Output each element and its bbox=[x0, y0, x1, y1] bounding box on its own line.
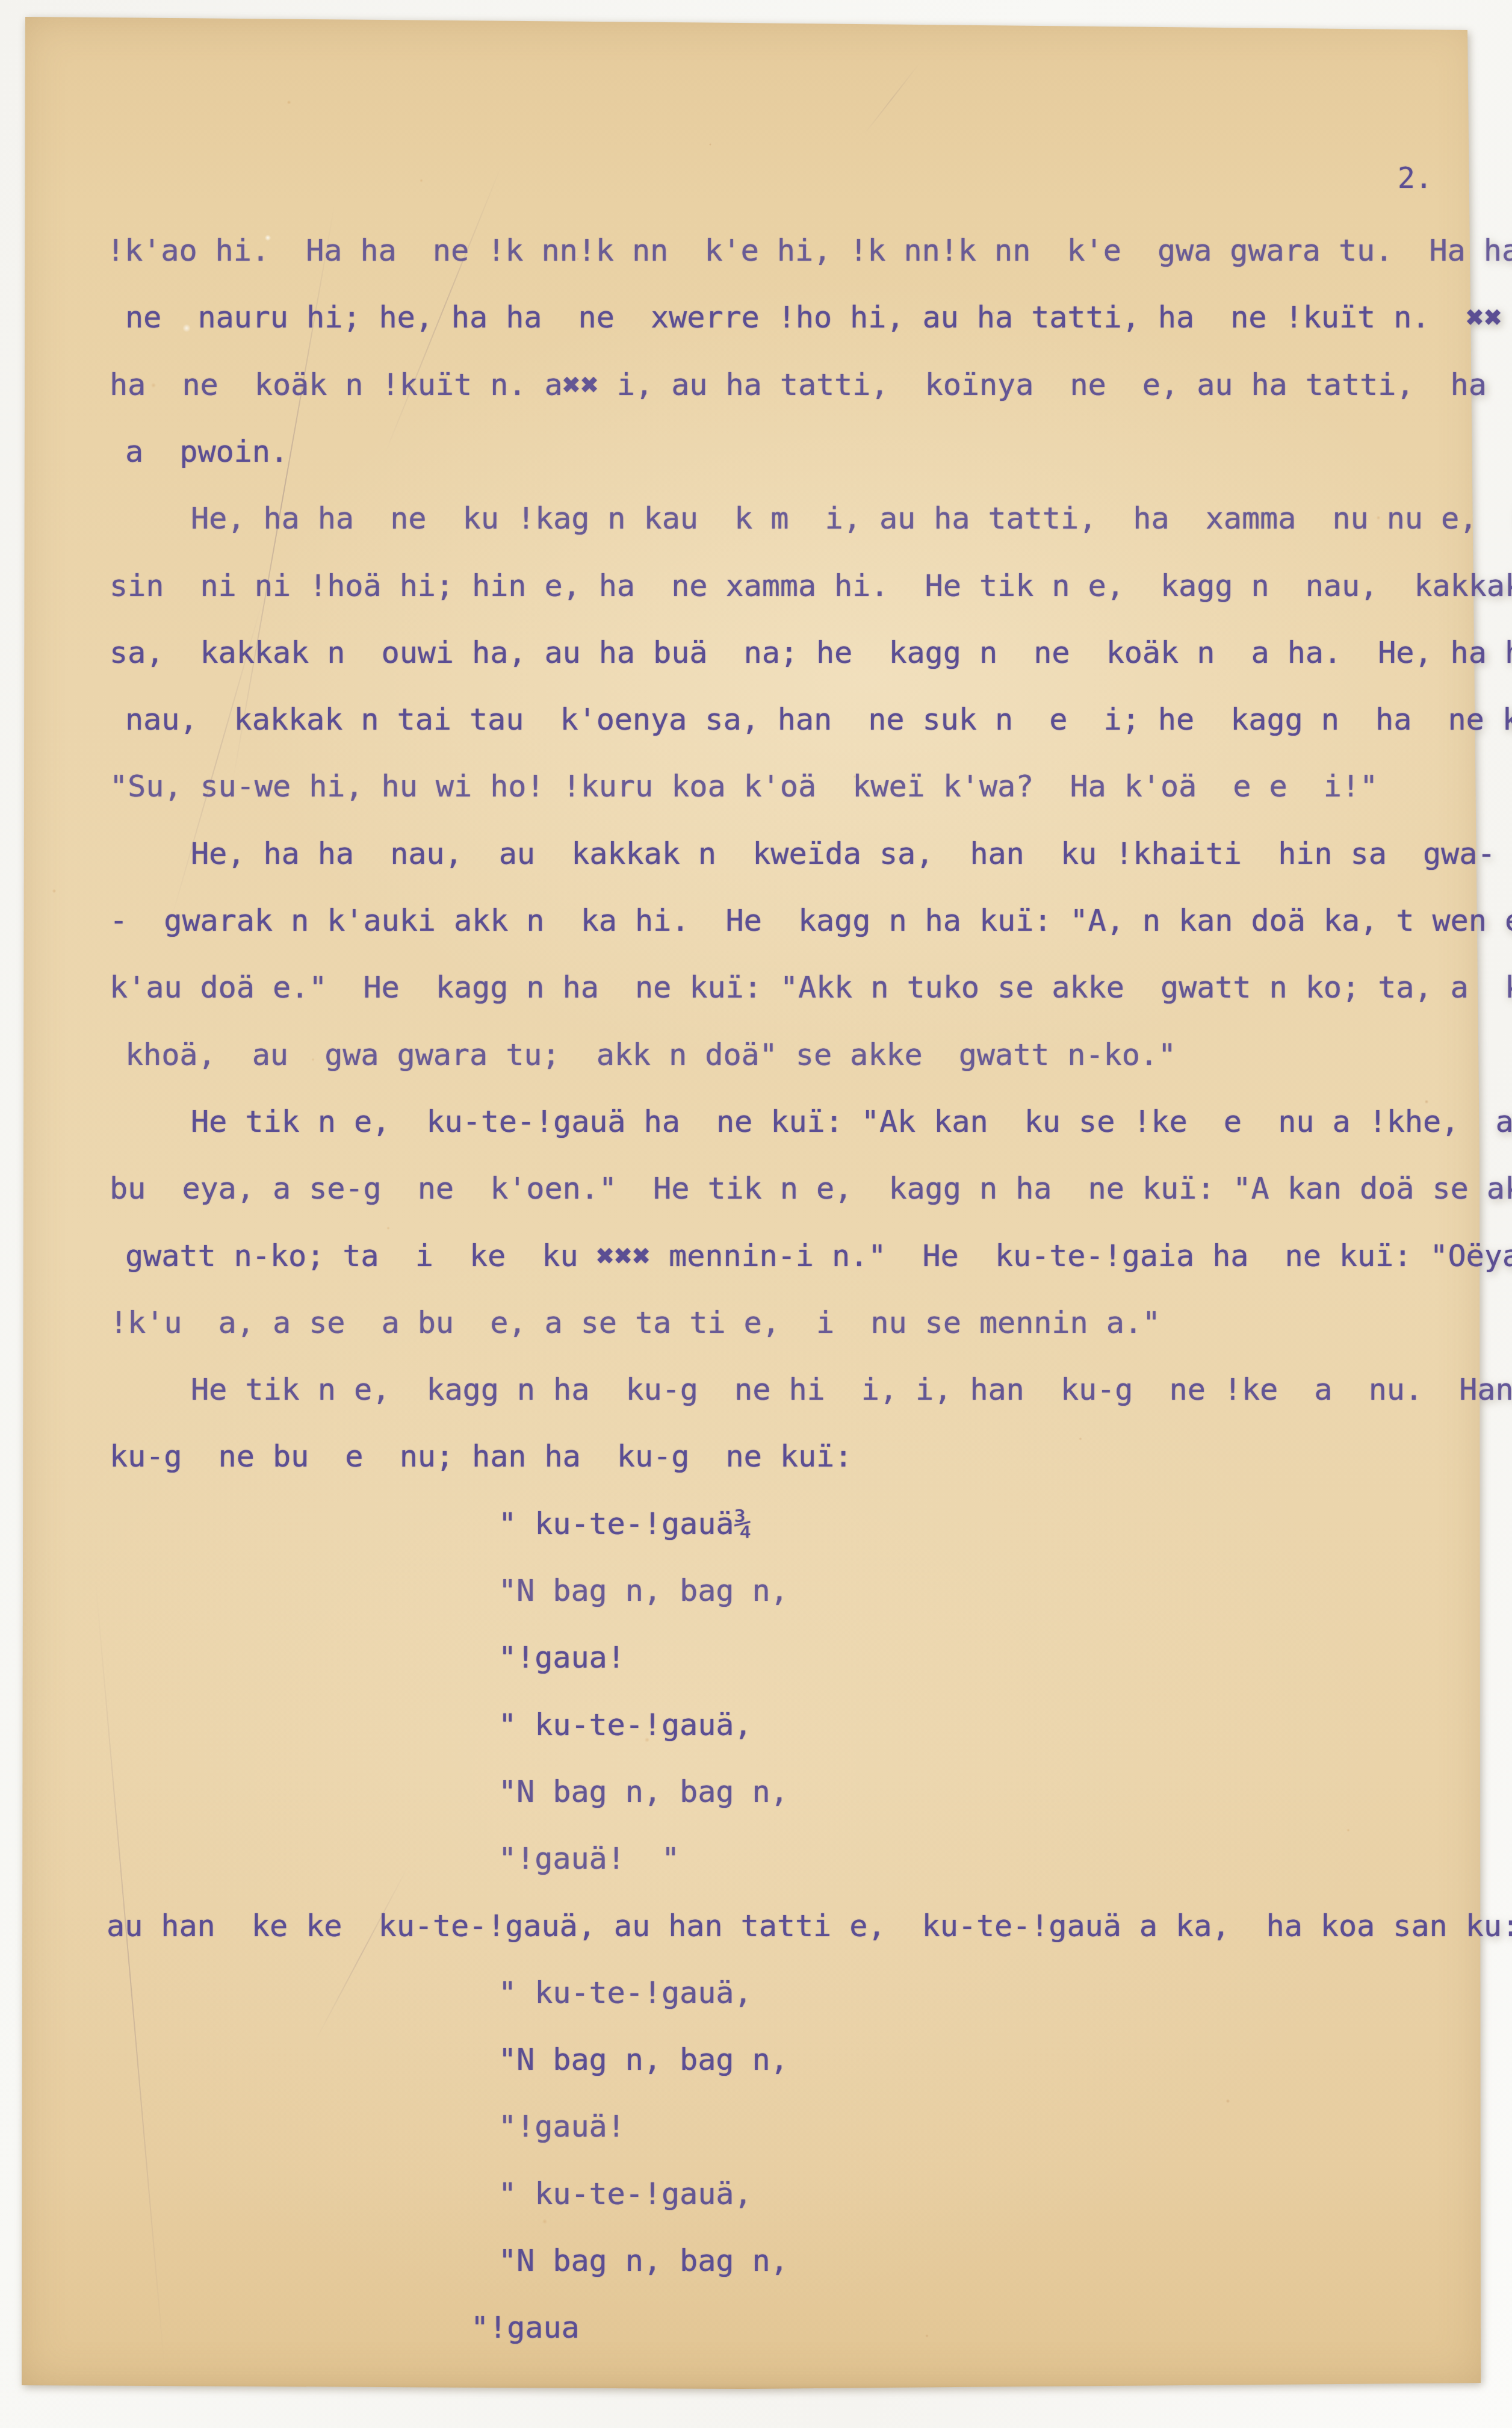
typed-line: sa, kakkak n ouwi ha, au ha buä na; he k… bbox=[110, 633, 1512, 672]
typed-line: " ku-te-!gauä, bbox=[498, 2175, 752, 2213]
typed-line: k'au doä e." He kagg n ha ne kuï: "Akk n… bbox=[110, 968, 1512, 1007]
typed-line: ku-g ne bu e nu; han ha ku-g ne kuï: bbox=[110, 1437, 852, 1476]
typed-line: ne nauru hi; he, ha ha ne xwerre !ho hi,… bbox=[125, 298, 1512, 337]
typed-text-block: !k'ao hi. Ha ha ne !k nn!k nn k'e hi, !k… bbox=[0, 0, 1512, 2428]
typed-line: khoä, au gwa gwara tu; akk n doä" se akk… bbox=[125, 1035, 1176, 1074]
typed-line: au han ke ke ku-te-!gauä, au han tatti e… bbox=[107, 1907, 1512, 1945]
typed-line: He tik n e, kagg n ha ku-g ne hi i, i, h… bbox=[191, 1370, 1512, 1409]
typed-line: "!gaua bbox=[471, 2308, 580, 2347]
typed-line: "N bag n, bag n, bbox=[498, 1571, 789, 1610]
typed-line: "!gauä! " bbox=[498, 1839, 680, 1878]
typed-line: ha ne koäk n !kuït n. a✖✖ i, au ha tatti… bbox=[110, 365, 1512, 404]
typed-line: a pwoin. bbox=[125, 432, 288, 471]
typed-line: " ku-te-!gauä, bbox=[498, 1706, 752, 1744]
typed-line: "Su, su-we hi, hu wi ho! !kuru koa k'oä … bbox=[110, 767, 1378, 806]
typed-line: " ku-te-!gauä, bbox=[498, 1973, 752, 2012]
typed-line: " ku-te-!gauä¾ bbox=[498, 1504, 752, 1543]
typed-line: "N bag n, bag n, bbox=[498, 1772, 789, 1811]
typed-line: "!gaua! bbox=[498, 1638, 625, 1677]
scan-backdrop: 2. !k'ao hi. Ha ha ne !k nn!k nn k'e hi,… bbox=[0, 0, 1512, 2428]
typed-line: "N bag n, bag n, bbox=[498, 2241, 789, 2280]
typed-line: !k'u a, a se a bu e, a se ta ti e, i nu … bbox=[110, 1303, 1160, 1342]
typed-line: bu eya, a se-g ne k'oen." He tik n e, ka… bbox=[110, 1169, 1512, 1208]
typed-line: "N bag n, bag n, bbox=[498, 2040, 789, 2079]
typed-line: gwatt n-ko; ta i ke ku ✖✖✖ mennin-i n." … bbox=[125, 1237, 1512, 1275]
typed-line: "!gauä! bbox=[498, 2107, 625, 2146]
typed-line: !k'ao hi. Ha ha ne !k nn!k nn k'e hi, !k… bbox=[107, 231, 1512, 270]
typed-line: nau, kakkak n tai tau k'oenya sa, han ne… bbox=[125, 700, 1512, 739]
scanned-manuscript-screenshot: { "document": { "page_number": "2.", "in… bbox=[0, 0, 1512, 2428]
typed-line: sin ni ni !hoä hi; hin e, ha ne xamma hi… bbox=[110, 567, 1512, 605]
typed-line: He, ha ha nau, au kakkak n kweïda sa, ha… bbox=[191, 834, 1495, 873]
typed-line: He, ha ha ne ku !kag n kau k m i, au ha … bbox=[191, 499, 1512, 538]
typed-line: - gwarak n k'auki akk n ka hi. He kagg n… bbox=[110, 901, 1512, 940]
typed-line: He tik n e, ku-te-!gauä ha ne kuï: "Ak k… bbox=[191, 1102, 1512, 1141]
